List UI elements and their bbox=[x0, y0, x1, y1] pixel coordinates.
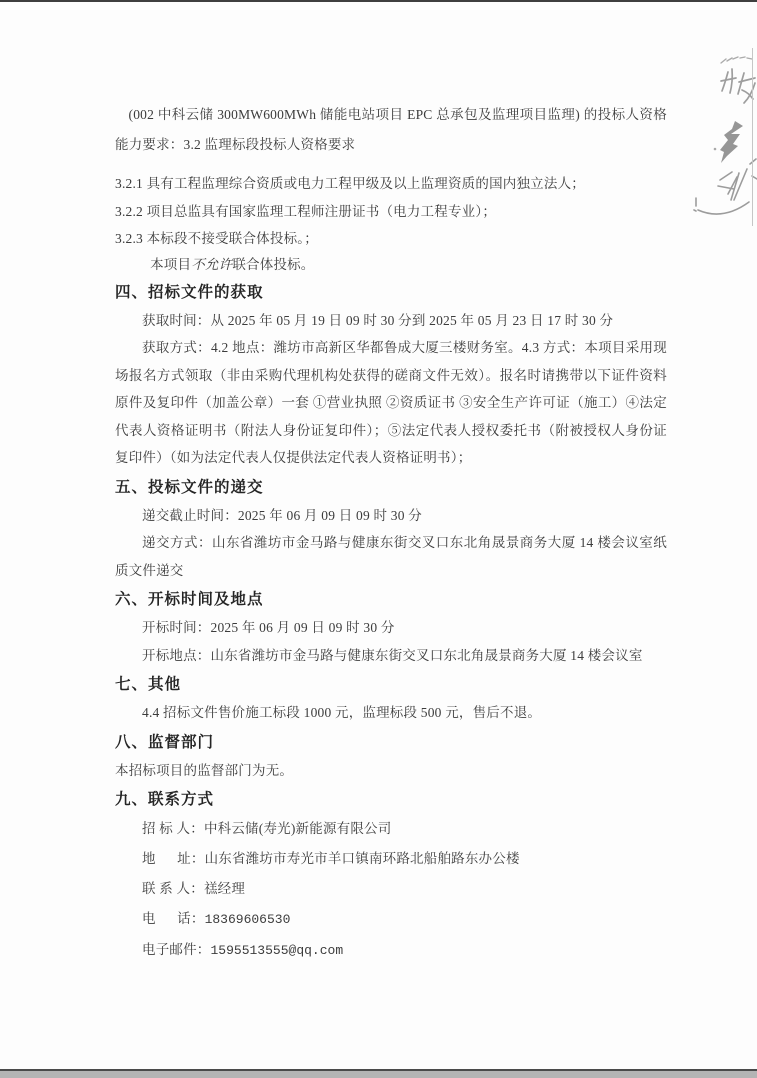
clause-3-2-1: 3.2.1 具有工程监理综合资质或电力工程甲级及以上监理资质的国内独立法人； bbox=[115, 170, 667, 198]
section-heading-others: 七、其他 bbox=[115, 671, 667, 699]
section-heading-supervision: 八、监督部门 bbox=[115, 729, 667, 757]
scan-edge-bottom-band bbox=[0, 1071, 757, 1078]
obtain-method-paragraph: 获取方式：4.2 地点：潍坊市高新区华都鲁成大厦三楼财务室。4.3 方式：本项目… bbox=[115, 334, 667, 472]
contact-row-phone: 电 话：18369606530 bbox=[115, 904, 667, 935]
address-label: 地 址： bbox=[142, 851, 205, 866]
contact-list: 招 标 人：中科云储(寿光)新能源有限公司 地 址：山东省潍坊市寿光市羊口镇南环… bbox=[115, 814, 667, 966]
phone-label: 电 话： bbox=[142, 911, 205, 926]
submission-deadline-paragraph: 递交截止时间：2025 年 06 月 09 日 09 时 30 分 bbox=[115, 502, 667, 530]
scan-artifact-vertical-line bbox=[752, 48, 753, 226]
email-label: 电子邮件： bbox=[142, 942, 211, 957]
contact-row-email: 电子邮件：1595513555@qq.com bbox=[115, 935, 667, 966]
scan-edge-top bbox=[0, 0, 757, 2]
clause-3-2-2: 3.2.2 项目总监具有国家监理工程师注册证书（电力工程专业）； bbox=[115, 198, 667, 226]
no-consortium-prefix: 本项目 bbox=[150, 257, 191, 272]
email-value: 1595513555@qq.com bbox=[211, 943, 344, 958]
section-heading-obtain-documents: 四、招标文件的获取 bbox=[115, 279, 667, 307]
submission-method-paragraph: 递交方式：山东省潍坊市金马路与健康东街交叉口东北角晟景商务大厦 14 楼会议室纸… bbox=[115, 529, 667, 584]
section-heading-contact: 九、联系方式 bbox=[115, 786, 667, 814]
paragraph-qualification-intro: (002 中科云储 300MW600MWh 储能电站项目 EPC 总承包及监理项… bbox=[115, 100, 667, 160]
supervision-paragraph: 本招标项目的监督部门为无。 bbox=[115, 757, 667, 785]
phone-value: 18369606530 bbox=[205, 912, 291, 927]
document-price-paragraph: 4.4 招标文件售价施工标段 1000 元，监理标段 500 元，售后不退。 bbox=[115, 699, 667, 727]
section-heading-bid-submission: 五、投标文件的递交 bbox=[115, 474, 667, 502]
handwritten-annotation bbox=[692, 50, 757, 222]
opening-location-paragraph: 开标地点：山东省潍坊市金马路与健康东街交叉口东北角晟景商务大厦 14 楼会议室 bbox=[115, 642, 667, 670]
tenderer-value: 中科云储(寿光)新能源有限公司 bbox=[204, 821, 392, 836]
obtain-time-paragraph: 获取时间：从 2025 年 05 月 19 日 09 时 30 分到 2025 … bbox=[115, 307, 667, 335]
no-consortium-suffix: 联合体投标。 bbox=[232, 257, 314, 272]
paragraph-no-consortium: 本项目不允许联合体投标。 bbox=[115, 253, 667, 277]
contact-row-tenderer: 招 标 人：中科云储(寿光)新能源有限公司 bbox=[115, 814, 667, 844]
contact-person-label: 联 系 人： bbox=[142, 881, 204, 896]
tenderer-label: 招 标 人： bbox=[142, 821, 204, 836]
contact-person-value: 禚经理 bbox=[204, 881, 245, 896]
address-value: 山东省潍坊市寿光市羊口镇南环路北船舶路东办公楼 bbox=[205, 851, 520, 866]
section-heading-bid-opening: 六、开标时间及地点 bbox=[115, 586, 667, 614]
contact-row-person: 联 系 人：禚经理 bbox=[115, 874, 667, 904]
clause-3-2-3: 3.2.3 本标段不接受联合体投标。； bbox=[115, 225, 667, 253]
opening-time-paragraph: 开标时间：2025 年 06 月 09 日 09 时 30 分 bbox=[115, 614, 667, 642]
no-consortium-emphasis: 不允许 bbox=[191, 257, 232, 272]
contact-row-address: 地 址：山东省潍坊市寿光市羊口镇南环路北船舶路东办公楼 bbox=[115, 844, 667, 874]
document-body: (002 中科云储 300MW600MWh 储能电站项目 EPC 总承包及监理项… bbox=[115, 100, 667, 966]
